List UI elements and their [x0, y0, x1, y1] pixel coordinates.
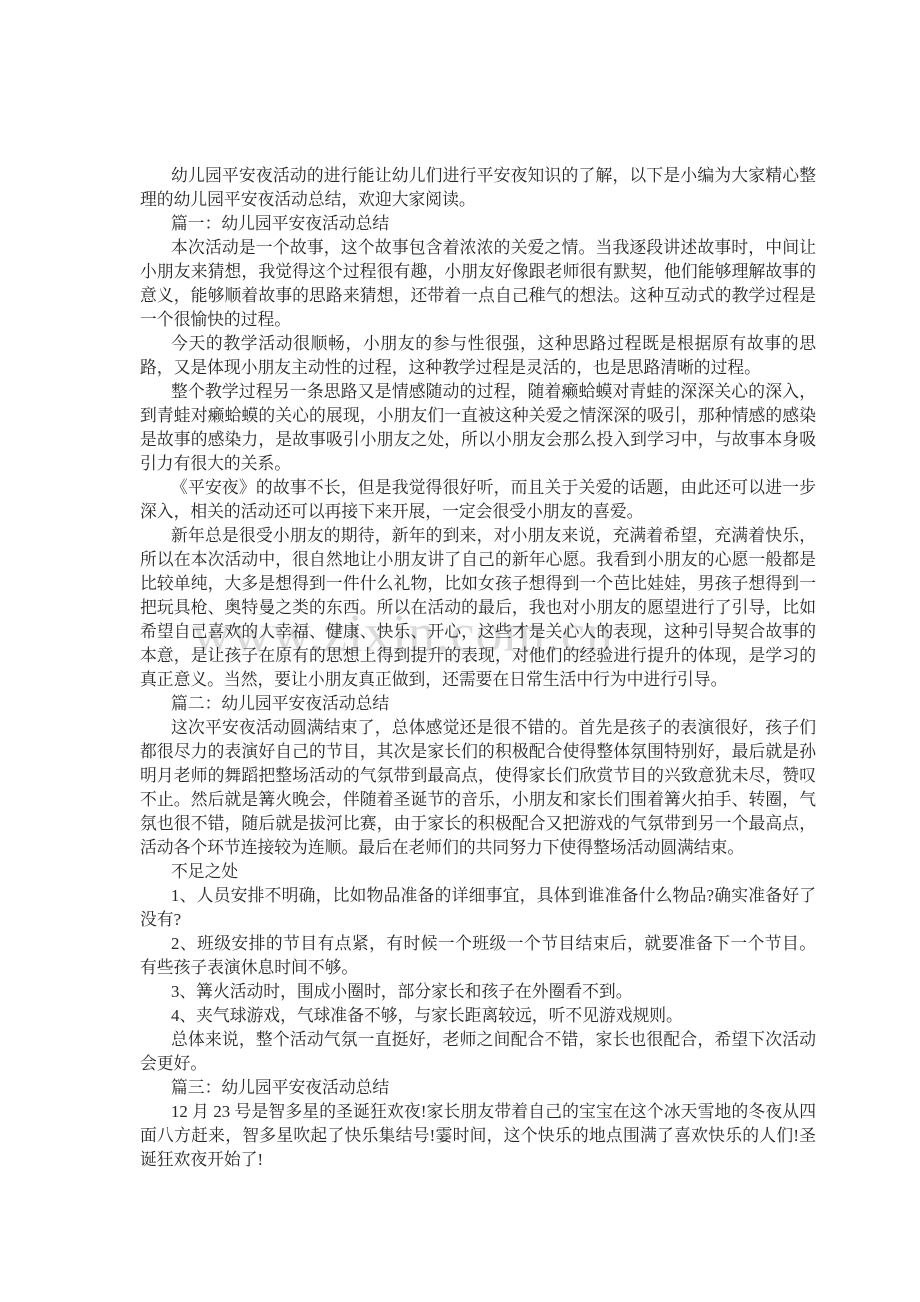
paragraph: 总体来说，整个活动气氛一直挺好，老师之间配合不错，家长也很配合，希望下次活动会更…: [140, 1028, 816, 1076]
heading-part-2: 篇二：幼儿园平安夜活动总结: [140, 692, 816, 716]
list-item-1: 1、人员安排不明确，比如物品准备的详细事宜，具体到谁准备什么物品?确实准备好了没…: [140, 884, 816, 932]
heading-part-3: 篇三：幼儿园平安夜活动总结: [140, 1076, 816, 1100]
paragraph: 这次平安夜活动圆满结束了，总体感觉还是很不错的。首先是孩子的表演很好，孩子们都很…: [140, 716, 816, 860]
list-item-2: 2、班级安排的节目有点紧，有时候一个班级一个节目结束后，就要准备下一个节目。有些…: [140, 932, 816, 980]
paragraph: 本次活动是一个故事，这个故事包含着浓浓的关爱之情。当我逐段讲述故事时，中间让小朋…: [140, 236, 816, 332]
list-item-4: 4、夹气球游戏，气球准备不够，与家长距离较远，听不见游戏规则。: [140, 1004, 816, 1028]
list-item-3: 3、篝火活动时，围成小圈时，部分家长和孩子在外圈看不到。: [140, 980, 816, 1004]
paragraph: 今天的教学活动很顺畅，小朋友的参与性很强，这种思路过程既是根据原有故事的思路，又…: [140, 332, 816, 380]
document-page: www.zixin.com.cn 幼儿园平安夜活动的进行能让幼儿们进行平安夜知识…: [0, 0, 920, 1302]
heading-part-1: 篇一：幼儿园平安夜活动总结: [140, 212, 816, 236]
paragraph: 《平安夜》的故事不长，但是我觉得很好听，而且关于关爱的话题，由此还可以进一步深入…: [140, 476, 816, 524]
paragraph: 12 月 23 号是智多星的圣诞狂欢夜!家长朋友带着自己的宝宝在这个冰天雪地的冬…: [140, 1100, 816, 1172]
paragraph: 新年总是很受小朋友的期待，新年的到来，对小朋友来说，充满着希望，充满着快乐，所以…: [140, 524, 816, 692]
subheading-shortcomings: 不足之处: [140, 860, 816, 884]
paragraph: 整个教学过程另一条思路又是情感随动的过程，随着癞蛤蟆对青蛙的深深关心的深入，到青…: [140, 380, 816, 476]
intro-paragraph: 幼儿园平安夜活动的进行能让幼儿们进行平安夜知识的了解，以下是小编为大家精心整理的…: [140, 164, 816, 212]
document-text-block: 幼儿园平安夜活动的进行能让幼儿们进行平安夜知识的了解，以下是小编为大家精心整理的…: [140, 164, 816, 1172]
